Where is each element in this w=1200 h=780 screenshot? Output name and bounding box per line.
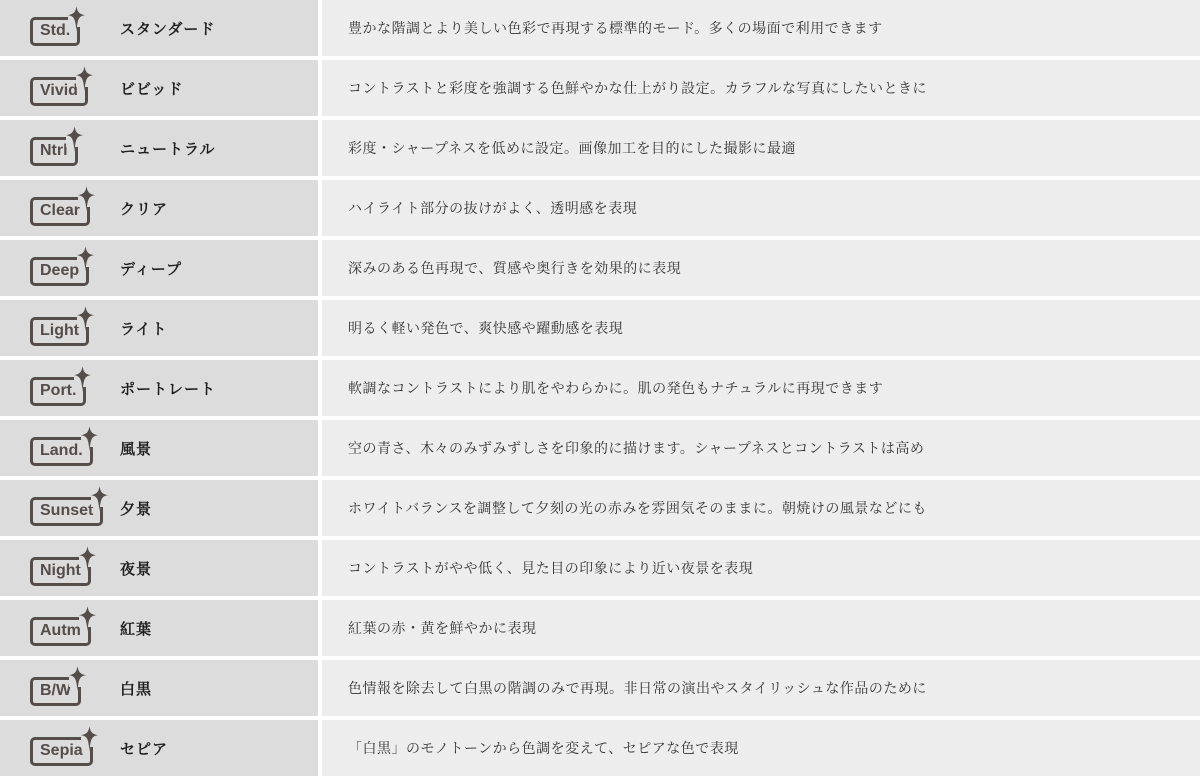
style-description: 紅葉の赤・黄を鮮やかに表現 — [348, 618, 537, 638]
style-badge-wrap: Land. — [30, 431, 120, 466]
sparkle-icon — [79, 546, 96, 572]
style-row: Port. ポートレート 軟調なコントラストにより肌をやわらかに。肌の発色もナチ… — [0, 360, 1200, 416]
style-name: 白黒 — [120, 678, 152, 699]
style-badge-icon: Sunset — [30, 497, 103, 526]
style-badge-label: B/W — [40, 682, 71, 699]
style-badge-wrap: Night — [30, 551, 120, 586]
style-name-cell: Vivid ビビッド — [0, 60, 318, 116]
style-row: Autm 紅葉 紅葉の赤・黄を鮮やかに表現 — [0, 600, 1200, 656]
style-description-cell: コントラストと彩度を強調する色鮮やかな仕上がり設定。カラフルな写真にしたいときに — [322, 60, 1200, 116]
sparkle-icon — [69, 666, 86, 692]
sparkle-icon — [74, 366, 91, 392]
style-description-cell: 紅葉の赤・黄を鮮やかに表現 — [322, 600, 1200, 656]
style-row: Light ライト 明るく軽い発色で、爽快感や躍動感を表現 — [0, 300, 1200, 356]
style-description: 軟調なコントラストにより肌をやわらかに。肌の発色もナチュラルに再現できます — [348, 378, 883, 398]
style-description-cell: ハイライト部分の抜けがよく、透明感を表現 — [322, 180, 1200, 236]
style-name-cell: Autm 紅葉 — [0, 600, 318, 656]
style-name-cell: Ntrl ニュートラル — [0, 120, 318, 176]
style-description-cell: 深みのある色再現で、質感や奥行きを効果的に表現 — [322, 240, 1200, 296]
style-badge-label: Clear — [40, 202, 80, 219]
style-badge-label: Autm — [40, 622, 81, 639]
sparkle-icon — [91, 486, 108, 512]
sparkle-icon — [81, 726, 98, 752]
style-badge-icon: Light — [30, 317, 89, 346]
sparkle-icon — [66, 126, 83, 152]
style-row: Vivid ビビッド コントラストと彩度を強調する色鮮やかな仕上がり設定。カラフ… — [0, 60, 1200, 116]
style-name: 夕景 — [120, 498, 152, 519]
style-badge-label: Land. — [40, 442, 83, 459]
style-name: ニュートラル — [120, 138, 216, 159]
style-name-cell: B/W 白黒 — [0, 660, 318, 716]
style-description: 彩度・シャープネスを低めに設定。画像加工を目的にした撮影に最適 — [348, 138, 796, 158]
style-row: Clear クリア ハイライト部分の抜けがよく、透明感を表現 — [0, 180, 1200, 236]
style-name-cell: Sunset 夕景 — [0, 480, 318, 536]
style-badge-label: Sunset — [40, 502, 93, 519]
style-description-cell: 「白黒」のモノトーンから色調を変えて、セピアな色で表現 — [322, 720, 1200, 776]
style-name: スタンダード — [120, 18, 215, 39]
style-badge-icon: Night — [30, 557, 91, 586]
style-name-cell: Land. 風景 — [0, 420, 318, 476]
style-name-cell: Night 夜景 — [0, 540, 318, 596]
style-badge-wrap: Clear — [30, 191, 120, 226]
style-description: 色情報を除去して白黒の階調のみで再現。非日常の演出やスタイリッシュな作品のために — [348, 678, 927, 698]
style-row: Ntrl ニュートラル 彩度・シャープネスを低めに設定。画像加工を目的にした撮影… — [0, 120, 1200, 176]
style-name: セピア — [120, 738, 168, 759]
style-description: 豊かな階調とより美しい色彩で再現する標準的モード。多くの場面で利用できます — [348, 18, 883, 38]
style-description: 明るく軽い発色で、爽快感や躍動感を表現 — [348, 318, 623, 338]
style-badge-wrap: Sepia — [30, 731, 120, 766]
sparkle-icon — [68, 6, 85, 32]
style-row: Night 夜景 コントラストがやや低く、見た目の印象により近い夜景を表現 — [0, 540, 1200, 596]
style-badge-icon: Clear — [30, 197, 90, 226]
style-badge-label: Night — [40, 562, 81, 579]
style-description-cell: 軟調なコントラストにより肌をやわらかに。肌の発色もナチュラルに再現できます — [322, 360, 1200, 416]
style-row: Deep ディープ 深みのある色再現で、質感や奥行きを効果的に表現 — [0, 240, 1200, 296]
style-name: ビビッド — [120, 78, 183, 99]
sparkle-icon — [79, 606, 96, 632]
style-badge-icon: Sepia — [30, 737, 93, 766]
style-badge-label: Vivid — [40, 82, 78, 99]
style-badge-icon: Std. — [30, 17, 80, 46]
style-description: 「白黒」のモノトーンから色調を変えて、セピアな色で表現 — [348, 738, 739, 758]
style-badge-label: Sepia — [40, 742, 83, 759]
style-badge-wrap: Port. — [30, 371, 120, 406]
style-badge-icon: Ntrl — [30, 137, 78, 166]
style-description: ホワイトバランスを調整して夕刻の光の赤みを雰囲気そのままに。朝焼けの風景などにも — [348, 498, 927, 518]
style-description: ハイライト部分の抜けがよく、透明感を表現 — [348, 198, 637, 218]
style-name-cell: Clear クリア — [0, 180, 318, 236]
style-description: 空の青さ、木々のみずみずしさを印象的に描けます。シャープネスとコントラストは高め — [348, 438, 924, 458]
style-badge-wrap: Vivid — [30, 71, 120, 106]
style-row: Sunset 夕景 ホワイトバランスを調整して夕刻の光の赤みを雰囲気そのままに。… — [0, 480, 1200, 536]
style-description-cell: コントラストがやや低く、見た目の印象により近い夜景を表現 — [322, 540, 1200, 596]
style-badge-wrap: Autm — [30, 611, 120, 646]
style-description-cell: 明るく軽い発色で、爽快感や躍動感を表現 — [322, 300, 1200, 356]
sparkle-icon — [76, 66, 93, 92]
style-row: B/W 白黒 色情報を除去して白黒の階調のみで再現。非日常の演出やスタイリッシュ… — [0, 660, 1200, 716]
style-badge-wrap: Std. — [30, 11, 120, 46]
style-name: ディープ — [120, 258, 182, 279]
style-name: クリア — [120, 198, 168, 219]
style-badge-label: Deep — [40, 262, 79, 279]
sparkle-icon — [78, 186, 95, 212]
sparkle-icon — [81, 426, 98, 452]
style-badge-icon: Autm — [30, 617, 91, 646]
style-badge-wrap: Sunset — [30, 491, 120, 526]
creative-style-table: Std. スタンダード 豊かな階調とより美しい色彩で再現する標準的モード。多くの… — [0, 0, 1200, 776]
style-description: コントラストがやや低く、見た目の印象により近い夜景を表現 — [348, 558, 753, 578]
style-row: Std. スタンダード 豊かな階調とより美しい色彩で再現する標準的モード。多くの… — [0, 0, 1200, 56]
style-badge-icon: Vivid — [30, 77, 88, 106]
style-badge-wrap: Ntrl — [30, 131, 120, 166]
style-name: 風景 — [120, 438, 152, 459]
style-name-cell: Port. ポートレート — [0, 360, 318, 416]
style-name: 紅葉 — [120, 618, 152, 639]
style-badge-icon: B/W — [30, 677, 81, 706]
style-badge-icon: Land. — [30, 437, 93, 466]
style-description-cell: 色情報を除去して白黒の階調のみで再現。非日常の演出やスタイリッシュな作品のために — [322, 660, 1200, 716]
style-badge-icon: Deep — [30, 257, 89, 286]
style-description-cell: 空の青さ、木々のみずみずしさを印象的に描けます。シャープネスとコントラストは高め — [322, 420, 1200, 476]
style-name-cell: Deep ディープ — [0, 240, 318, 296]
sparkle-icon — [77, 246, 94, 272]
style-name-cell: Sepia セピア — [0, 720, 318, 776]
style-badge-label: Std. — [40, 22, 70, 39]
style-name-cell: Std. スタンダード — [0, 0, 318, 56]
style-name-cell: Light ライト — [0, 300, 318, 356]
style-badge-label: Port. — [40, 382, 76, 399]
sparkle-icon — [77, 306, 94, 332]
style-description-cell: 彩度・シャープネスを低めに設定。画像加工を目的にした撮影に最適 — [322, 120, 1200, 176]
style-description-cell: 豊かな階調とより美しい色彩で再現する標準的モード。多くの場面で利用できます — [322, 0, 1200, 56]
style-name: 夜景 — [120, 558, 152, 579]
style-badge-label: Light — [40, 322, 79, 339]
style-description: コントラストと彩度を強調する色鮮やかな仕上がり設定。カラフルな写真にしたいときに — [348, 78, 927, 98]
style-badge-wrap: Light — [30, 311, 120, 346]
style-badge-wrap: Deep — [30, 251, 120, 286]
style-name: ライト — [120, 318, 168, 339]
style-badge-label: Ntrl — [40, 142, 68, 159]
style-badge-icon: Port. — [30, 377, 86, 406]
style-description: 深みのある色再現で、質感や奥行きを効果的に表現 — [348, 258, 681, 278]
style-badge-wrap: B/W — [30, 671, 120, 706]
style-name: ポートレート — [120, 378, 216, 399]
style-description-cell: ホワイトバランスを調整して夕刻の光の赤みを雰囲気そのままに。朝焼けの風景などにも — [322, 480, 1200, 536]
style-row: Sepia セピア 「白黒」のモノトーンから色調を変えて、セピアな色で表現 — [0, 720, 1200, 776]
style-row: Land. 風景 空の青さ、木々のみずみずしさを印象的に描けます。シャープネスと… — [0, 420, 1200, 476]
